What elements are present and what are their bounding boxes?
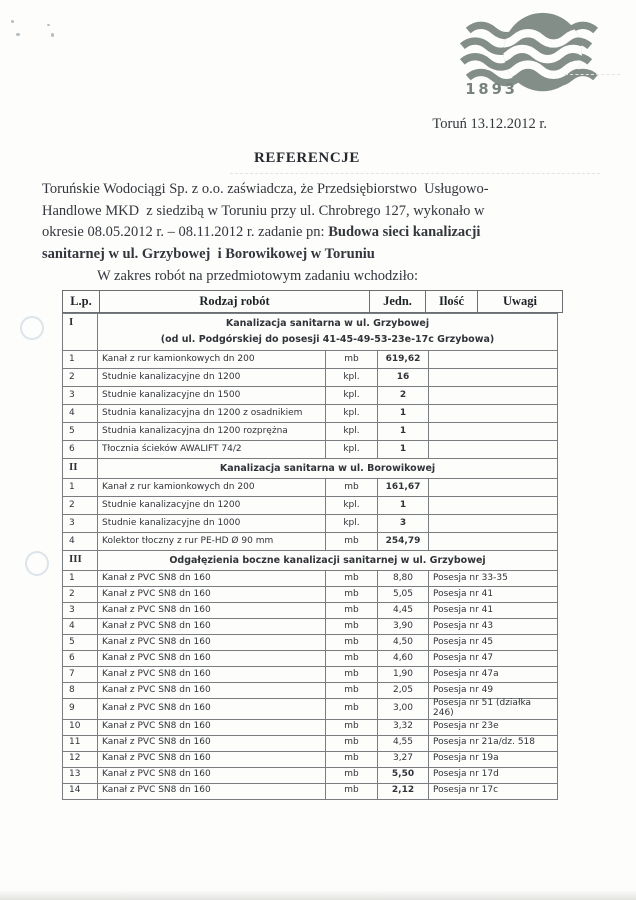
quantity-cell: 3: [378, 515, 429, 533]
table-row: 1Kanał z rur kamionkowych dn 200mb619,62: [63, 351, 558, 369]
logo-year-text: 1893: [465, 81, 518, 98]
work-description: Kanał z PVC SN8 dn 160: [98, 735, 326, 751]
section-title: Kanalizacja sanitarna w ul. Grzybowej(od…: [98, 314, 558, 351]
row-number: 4: [63, 619, 98, 635]
row-number: 10: [63, 719, 98, 735]
work-description: Kanał z PVC SN8 dn 160: [98, 699, 326, 720]
row-number: 4: [63, 533, 98, 551]
unit-cell: mb: [326, 683, 378, 699]
quantity-cell: 161,67: [378, 479, 429, 497]
remarks-cell: Posesja nr 47: [429, 651, 558, 667]
remarks-cell: Posesja nr 33-35: [429, 571, 558, 587]
unit-cell: mb: [326, 351, 378, 369]
unit-cell: kpl.: [326, 497, 378, 515]
section-number: II: [63, 459, 98, 479]
work-description: Studnie kanalizacyjne dn 1500: [98, 387, 326, 405]
row-number: 11: [63, 735, 98, 751]
work-description: Studnia kanalizacyjna dn 1200 z osadniki…: [98, 405, 326, 423]
page-edge-shadow: [0, 890, 636, 900]
unit-cell: kpl.: [326, 515, 378, 533]
scan-speck: [47, 24, 50, 26]
quantity-cell: 3,90: [378, 619, 429, 635]
unit-cell: mb: [326, 619, 378, 635]
intro-line: sanitarnej w ul. Grzybowej i Borowikowej…: [42, 244, 562, 266]
table-row: 14Kanał z PVC SN8 dn 160mb2,12Posesja nr…: [63, 783, 558, 799]
remarks-cell: Posesja nr 47a: [429, 667, 558, 683]
remarks-cell: [429, 479, 558, 497]
work-description: Tłocznia ścieków AWALIFT 74/2: [98, 441, 326, 459]
row-number: 5: [63, 635, 98, 651]
unit-cell: mb: [326, 651, 378, 667]
table-row: 6Kanał z PVC SN8 dn 160mb4,60Posesja nr …: [63, 651, 558, 667]
section-header-row: IIKanalizacja sanitarna w ul. Borowikowe…: [63, 459, 558, 479]
header-cell-jedn: Jedn.: [370, 291, 426, 313]
quantity-cell: 254,79: [378, 533, 429, 551]
table-row: 1Kanał z PVC SN8 dn 160mb8,80Posesja nr …: [63, 571, 558, 587]
works-table-body: IKanalizacja sanitarna w ul. Grzybowej(o…: [62, 313, 558, 800]
work-description: Kanał z PVC SN8 dn 160: [98, 751, 326, 767]
document-page: 1893 Toruń 13.12.2012 r. REFERENCJE Toru…: [0, 0, 636, 900]
row-number: 4: [63, 405, 98, 423]
quantity-cell: 1: [378, 405, 429, 423]
work-description: Kanał z PVC SN8 dn 160: [98, 587, 326, 603]
quantity-cell: 3,00: [378, 699, 429, 720]
row-number: 1: [63, 479, 98, 497]
row-number: 3: [63, 387, 98, 405]
section-header-row: IKanalizacja sanitarna w ul. Grzybowej(o…: [63, 314, 558, 351]
unit-cell: mb: [326, 735, 378, 751]
quantity-cell: 4,50: [378, 635, 429, 651]
remarks-cell: [429, 441, 558, 459]
work-description: Kanał z rur kamionkowych dn 200: [98, 351, 326, 369]
quantity-cell: 16: [378, 369, 429, 387]
quantity-cell: 5,50: [378, 767, 429, 783]
table-row: 5Studnia kanalizacyjna dn 1200 rozprężna…: [63, 423, 558, 441]
page-title: REFERENCJE: [0, 150, 614, 167]
unit-cell: kpl.: [326, 441, 378, 459]
date-line: Toruń 13.12.2012 r.: [432, 116, 547, 133]
table-row: 7Kanał z PVC SN8 dn 160mb1,90Posesja nr …: [63, 667, 558, 683]
work-description: Kanał z PVC SN8 dn 160: [98, 767, 326, 783]
remarks-cell: Posesja nr 17d: [429, 767, 558, 783]
remarks-cell: [429, 497, 558, 515]
row-number: 1: [63, 351, 98, 369]
unit-cell: kpl.: [326, 423, 378, 441]
remarks-cell: Posesja nr 23e: [429, 719, 558, 735]
scan-speck: [16, 33, 20, 36]
unit-cell: mb: [326, 571, 378, 587]
section-title: Kanalizacja sanitarna w ul. Borowikowej: [98, 459, 558, 479]
row-number: 3: [63, 603, 98, 619]
unit-cell: mb: [326, 751, 378, 767]
quantity-cell: 5,05: [378, 587, 429, 603]
header-cell-ilosc: Ilość: [426, 291, 478, 313]
scan-speck: [51, 33, 54, 37]
row-number: 8: [63, 683, 98, 699]
work-description: Studnie kanalizacyjne dn 1000: [98, 515, 326, 533]
row-number: 2: [63, 497, 98, 515]
table-row: 9Kanał z PVC SN8 dn 160mb3,00Posesja nr …: [63, 699, 558, 720]
header-cell-uwagi: Uwagi: [478, 291, 563, 313]
remarks-cell: [429, 533, 558, 551]
table-row: 5Kanał z PVC SN8 dn 160mb4,50Posesja nr …: [63, 635, 558, 651]
row-number: 9: [63, 699, 98, 720]
unit-cell: mb: [326, 635, 378, 651]
work-description: Kanał z PVC SN8 dn 160: [98, 619, 326, 635]
work-description: Studnie kanalizacyjne dn 1200: [98, 369, 326, 387]
remarks-cell: [429, 515, 558, 533]
quantity-cell: 2: [378, 387, 429, 405]
remarks-cell: Posesja nr 45: [429, 635, 558, 651]
row-number: 5: [63, 423, 98, 441]
work-description: Kanał z PVC SN8 dn 160: [98, 783, 326, 799]
row-number: 13: [63, 767, 98, 783]
unit-cell: kpl.: [326, 405, 378, 423]
table-row: 2Studnie kanalizacyjne dn 1200kpl.1: [63, 497, 558, 515]
intro-line: okresie 08.05.2012 r. – 08.11.2012 r. za…: [42, 222, 562, 244]
quantity-cell: 1: [378, 423, 429, 441]
row-number: 12: [63, 751, 98, 767]
unit-cell: kpl.: [326, 369, 378, 387]
table-row: 6Tłocznia ścieków AWALIFT 74/2kpl.1: [63, 441, 558, 459]
work-description: Kolektor tłoczny z rur PE-HD Ø 90 mm: [98, 533, 326, 551]
row-number: 14: [63, 783, 98, 799]
section-number: I: [63, 314, 98, 351]
quantity-cell: 1: [378, 497, 429, 515]
header-cell-lp: L.p.: [63, 291, 100, 313]
table-row: 10Kanał z PVC SN8 dn 160mb3,32Posesja nr…: [63, 719, 558, 735]
remarks-cell: [429, 387, 558, 405]
works-table-header: L.p. Rodzaj robót Jedn. Ilość Uwagi: [62, 290, 563, 313]
remarks-cell: Posesja nr 49: [429, 683, 558, 699]
remarks-cell: Posesja nr 21a/dz. 518: [429, 735, 558, 751]
work-description: Studnie kanalizacyjne dn 1200: [98, 497, 326, 515]
quantity-cell: 8,80: [378, 571, 429, 587]
table-row: 2Kanał z PVC SN8 dn 160mb5,05Posesja nr …: [63, 587, 558, 603]
remarks-cell: [429, 369, 558, 387]
section-title: Odgałęzienia boczne kanalizacji sanitarn…: [98, 551, 558, 571]
row-number: 2: [63, 587, 98, 603]
company-logo-icon: 1893: [452, 6, 604, 104]
unit-cell: mb: [326, 719, 378, 735]
table-row: 3Studnie kanalizacyjne dn 1500kpl.2: [63, 387, 558, 405]
punch-hole-mark: [20, 316, 44, 340]
remarks-cell: [429, 423, 558, 441]
row-number: 3: [63, 515, 98, 533]
remarks-cell: Posesja nr 43: [429, 619, 558, 635]
table-row: 3Kanał z PVC SN8 dn 160mb4,45Posesja nr …: [63, 603, 558, 619]
remarks-cell: [429, 405, 558, 423]
quantity-cell: 2,05: [378, 683, 429, 699]
unit-cell: mb: [326, 783, 378, 799]
work-description: Kanał z PVC SN8 dn 160: [98, 683, 326, 699]
unit-cell: mb: [326, 533, 378, 551]
table-row: 13Kanał z PVC SN8 dn 160mb5,50Posesja nr…: [63, 767, 558, 783]
unit-cell: mb: [326, 479, 378, 497]
work-description: Kanał z PVC SN8 dn 160: [98, 635, 326, 651]
quantity-cell: 3,27: [378, 751, 429, 767]
row-number: 7: [63, 667, 98, 683]
scan-artifact-line: [230, 173, 600, 174]
quantity-cell: 619,62: [378, 351, 429, 369]
work-description: Kanał z rur kamionkowych dn 200: [98, 479, 326, 497]
row-number: 6: [63, 651, 98, 667]
punch-hole-mark: [25, 551, 49, 576]
header-cell-rodzaj: Rodzaj robót: [100, 291, 370, 313]
remarks-cell: Posesja nr 17c: [429, 783, 558, 799]
remarks-cell: [429, 351, 558, 369]
unit-cell: mb: [326, 603, 378, 619]
table-row: 1Kanał z rur kamionkowych dn 200mb161,67: [63, 479, 558, 497]
table-row: 12Kanał z PVC SN8 dn 160mb3,27Posesja nr…: [63, 751, 558, 767]
intro-line: Toruńskie Wodociągi Sp. z o.o. zaświadcz…: [42, 179, 562, 201]
work-description: Kanał z PVC SN8 dn 160: [98, 571, 326, 587]
table-row: 2Studnie kanalizacyjne dn 1200kpl.16: [63, 369, 558, 387]
intro-line: Handlowe MKD z siedzibą w Toruniu przy u…: [42, 201, 562, 223]
unit-cell: mb: [326, 767, 378, 783]
unit-cell: mb: [326, 699, 378, 720]
table-row: 11Kanał z PVC SN8 dn 160mb4,55Posesja nr…: [63, 735, 558, 751]
unit-cell: mb: [326, 587, 378, 603]
quantity-cell: 2,12: [378, 783, 429, 799]
section-header-row: IIIOdgałęzienia boczne kanalizacji sanit…: [63, 551, 558, 571]
section-number: III: [63, 551, 98, 571]
table-row: 3Studnie kanalizacyjne dn 1000kpl.3: [63, 515, 558, 533]
scope-line: W zakres robót na przedmiotowym zadaniu …: [97, 268, 418, 285]
scan-speck: [11, 20, 14, 23]
quantity-cell: 1,90: [378, 667, 429, 683]
row-number: 2: [63, 369, 98, 387]
row-number: 1: [63, 571, 98, 587]
quantity-cell: 4,60: [378, 651, 429, 667]
quantity-cell: 1: [378, 441, 429, 459]
table-row: 4Kanał z PVC SN8 dn 160mb3,90Posesja nr …: [63, 619, 558, 635]
intro-paragraph: Toruńskie Wodociągi Sp. z o.o. zaświadcz…: [42, 179, 562, 265]
work-description: Kanał z PVC SN8 dn 160: [98, 603, 326, 619]
unit-cell: mb: [326, 667, 378, 683]
quantity-cell: 4,55: [378, 735, 429, 751]
remarks-cell: Posesja nr 41: [429, 603, 558, 619]
row-number: 6: [63, 441, 98, 459]
work-description: Kanał z PVC SN8 dn 160: [98, 651, 326, 667]
remarks-cell: Posesja nr 51 (działka 246): [429, 699, 558, 720]
table-row: 8Kanał z PVC SN8 dn 160mb2,05Posesja nr …: [63, 683, 558, 699]
table-row: 4Studnia kanalizacyjna dn 1200 z osadnik…: [63, 405, 558, 423]
work-description: Kanał z PVC SN8 dn 160: [98, 667, 326, 683]
quantity-cell: 4,45: [378, 603, 429, 619]
scan-artifact-line: [565, 74, 620, 75]
unit-cell: kpl.: [326, 387, 378, 405]
work-description: Kanał z PVC SN8 dn 160: [98, 719, 326, 735]
quantity-cell: 3,32: [378, 719, 429, 735]
work-description: Studnia kanalizacyjna dn 1200 rozprężna: [98, 423, 326, 441]
remarks-cell: Posesja nr 41: [429, 587, 558, 603]
table-header-row: L.p. Rodzaj robót Jedn. Ilość Uwagi: [63, 291, 563, 313]
remarks-cell: Posesja nr 19a: [429, 751, 558, 767]
table-row: 4Kolektor tłoczny z rur PE-HD Ø 90 mmmb2…: [63, 533, 558, 551]
